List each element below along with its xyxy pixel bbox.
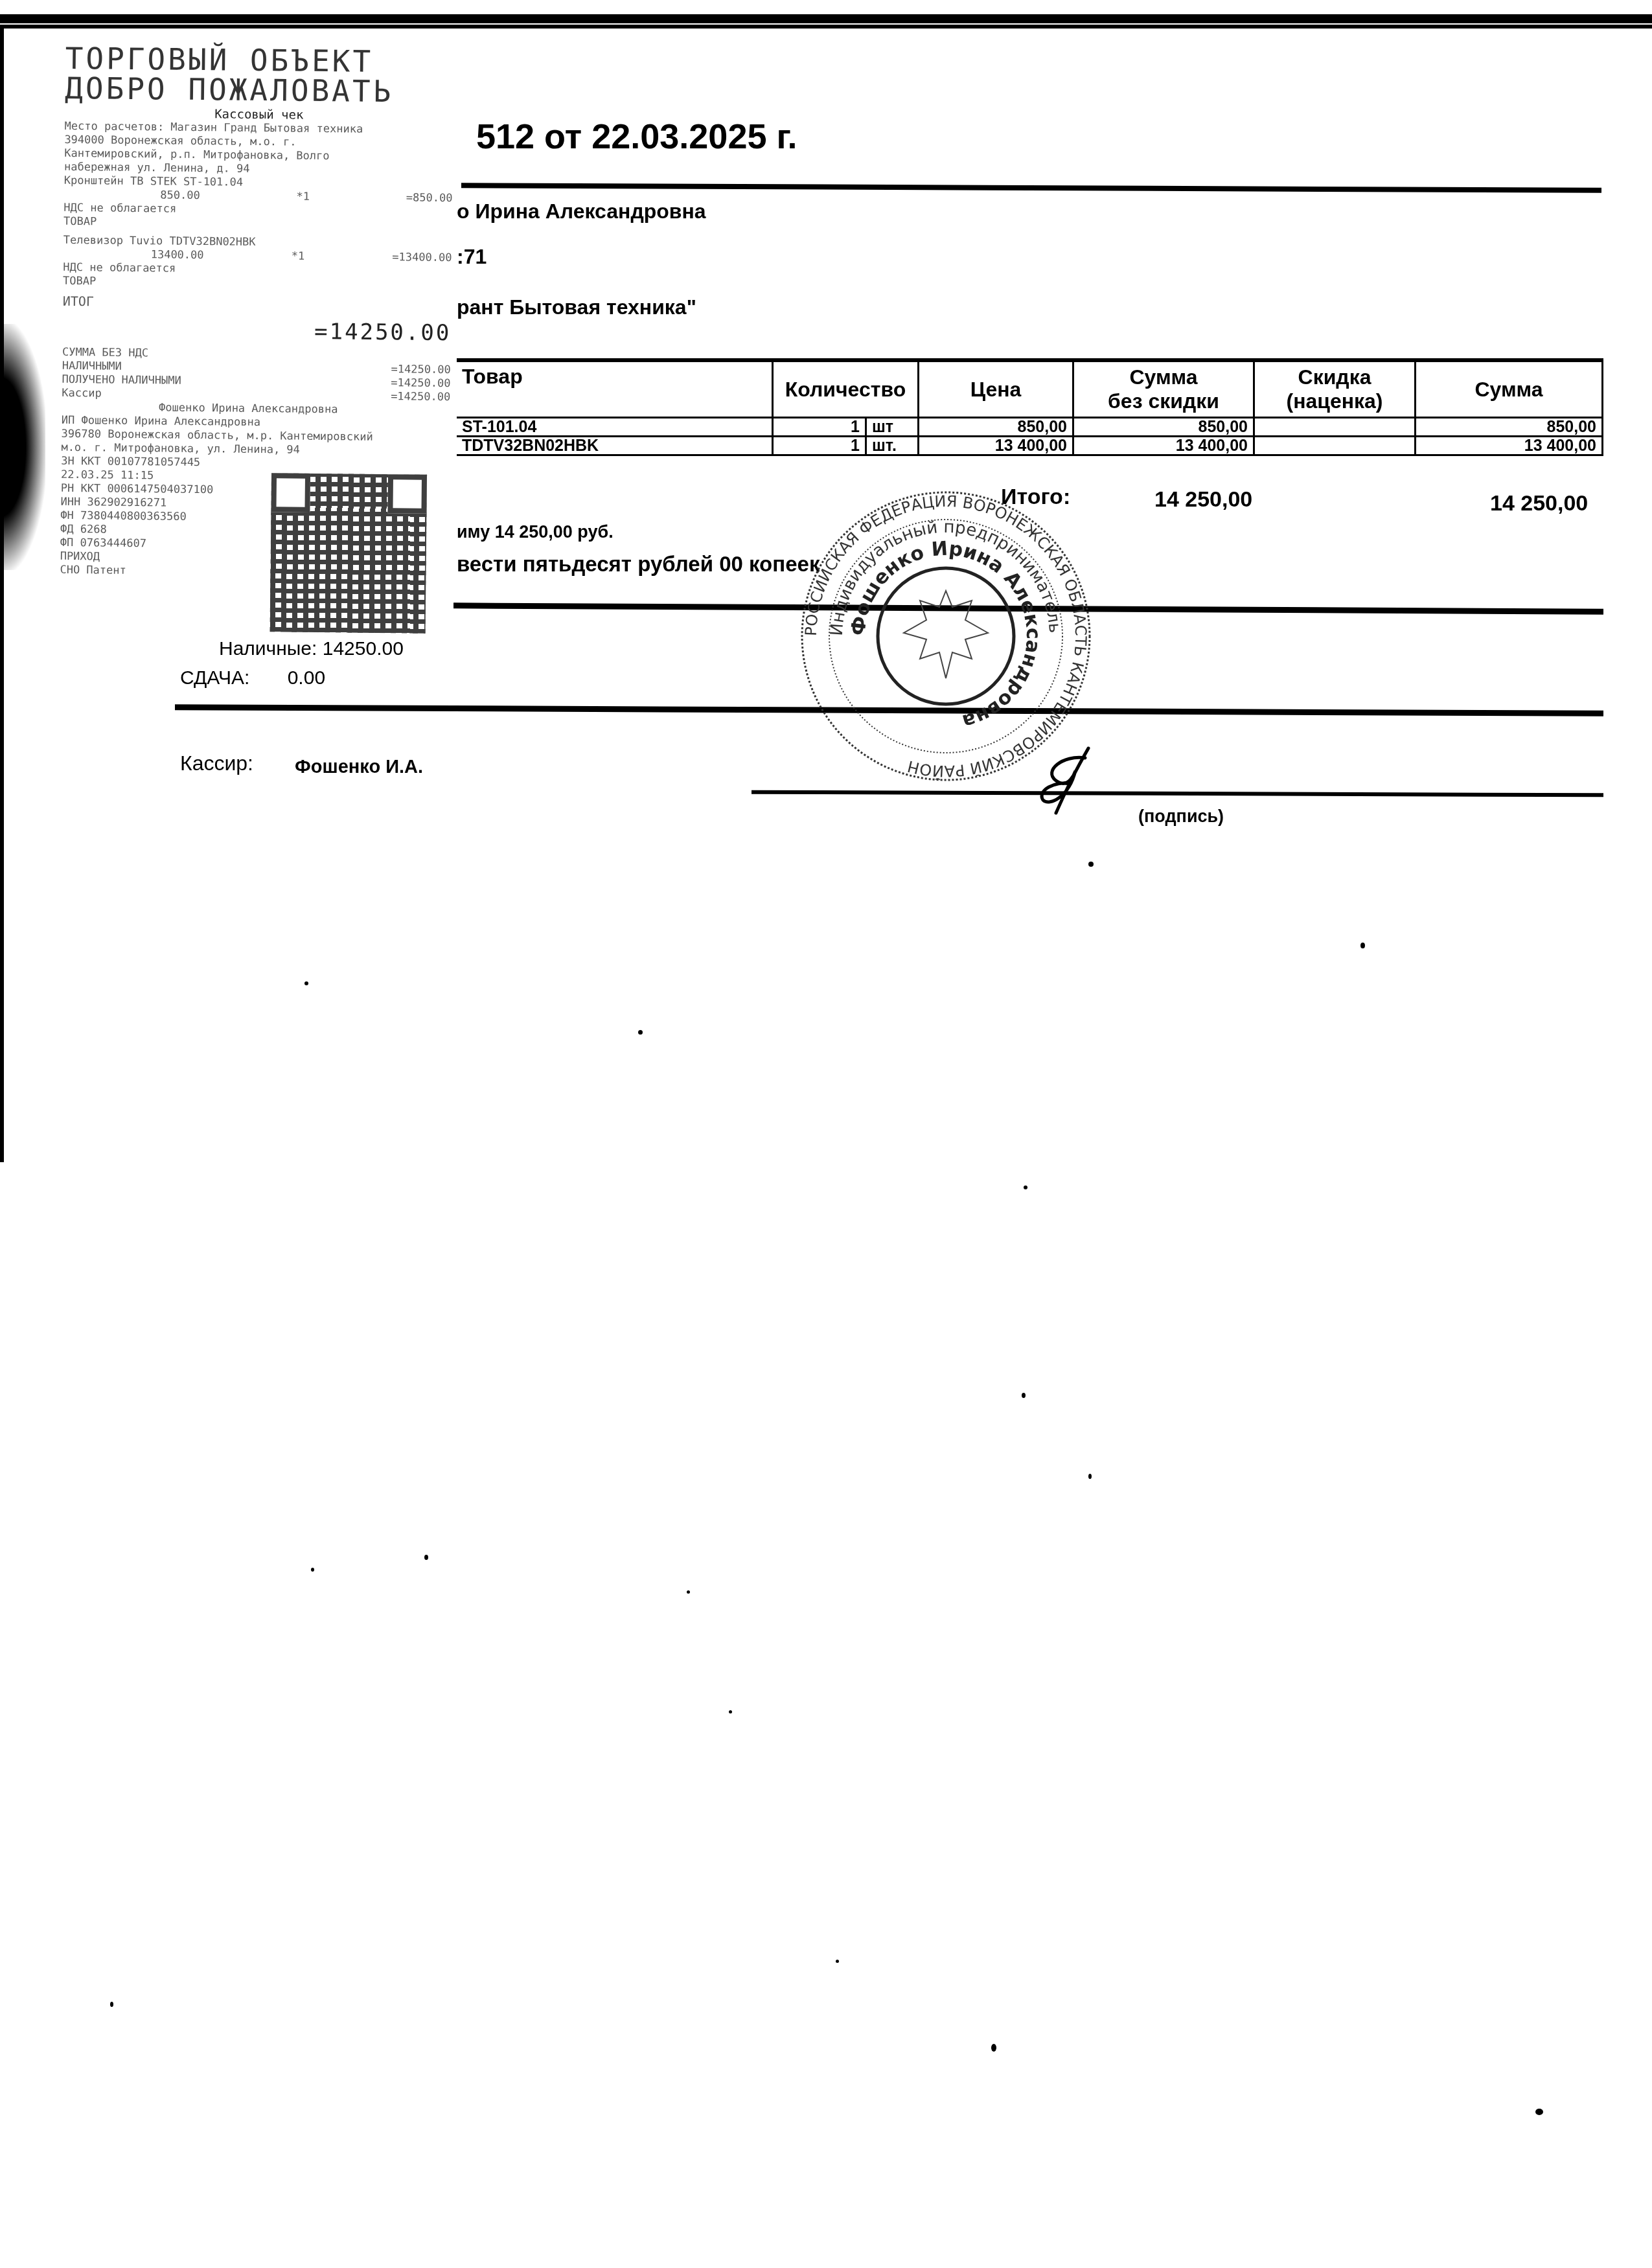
total-no-discount: 14 250,00 [1154, 487, 1252, 512]
signature-rule [751, 790, 1603, 797]
table-row: TDTV32BN02HBK 1 шт. 13 400,00 13 400,00 … [457, 437, 1603, 455]
col-discount: Скидка(наценка) [1254, 360, 1416, 418]
scan-speck [1088, 1474, 1092, 1479]
scan-speck [311, 1568, 314, 1572]
scan-speck [1022, 1393, 1026, 1398]
scan-edge-left [0, 29, 4, 1162]
total-sum: 14 250,00 [1490, 491, 1588, 516]
cash-paid: Наличные: 14250.00 [219, 638, 404, 660]
scan-smudge [0, 324, 45, 570]
seller-name: о Ирина Александровна [457, 200, 706, 223]
receipt-total-value: =14250.00 [62, 316, 451, 346]
scan-speck [638, 1030, 643, 1035]
receipt-item: Кронштейн ТВ STEK ST-101.04 850.00*1=850… [63, 174, 453, 233]
col-sum-no-discount: Суммабез скидки [1073, 360, 1254, 418]
scan-speck [1535, 2109, 1543, 2115]
receipt-total-label: ИТОГ [63, 295, 452, 312]
goods-table: Товар Количество Цена Суммабез скидки Ск… [457, 358, 1603, 456]
scan-speck [729, 1710, 732, 1713]
sum-in-digits: иму 14 250,00 руб. [457, 522, 614, 542]
scan-speck [991, 2044, 996, 2052]
receipt-qr-code [270, 473, 427, 633]
receipt-seller: ИП Фошенко Ирина Александровна 396780 Во… [61, 414, 450, 459]
change: СДАЧА: 0.00 [180, 667, 325, 689]
scan-speck [304, 981, 308, 985]
title-rule [461, 183, 1601, 193]
scan-edge-top [0, 14, 1652, 23]
signature-icon [1030, 745, 1101, 816]
invoice-title: 512 от 22.03.2025 г. [476, 117, 797, 157]
col-sum: Сумма [1416, 360, 1603, 418]
scan-speck [110, 2002, 113, 2007]
scan-speck [1024, 1186, 1027, 1189]
signature-caption: (подпись) [1138, 807, 1224, 827]
receipt-header-line2: ДОБРО ПОЖАЛОВАТЬ [65, 73, 453, 107]
scan-speck [687, 1590, 690, 1594]
scan-speck [1360, 943, 1365, 948]
store-name: рант Бытовая техника" [457, 295, 696, 319]
cashier-label: Кассир: [180, 751, 253, 775]
scan-speck [424, 1555, 428, 1560]
table-row: ST-101.04 1 шт 850,00 850,00 850,00 [457, 418, 1603, 437]
receipt-item: Телевизор Tuvio TDTV32BN02HBK 13400.00*1… [63, 234, 452, 292]
col-price: Цена [919, 360, 1073, 418]
table-header: Товар Количество Цена Суммабез скидки Ск… [457, 360, 1603, 418]
scan-speck [836, 1960, 839, 1963]
cashier-name: Фошенко И.А. [295, 757, 423, 778]
sum-in-words: вести пятьдесят рублей 00 копеек [457, 552, 820, 577]
seller-inn: :71 [457, 245, 487, 269]
cash-receipt: ТОРГОВЫЙ ОБЪЕКТ ДОБРО ПОЖАЛОВАТЬ Кассовы… [59, 43, 454, 663]
seal-stamp-icon: РОССИЙСКАЯ ФЕДЕРАЦИЯ ВОРОНЕЖСКАЯ ОБЛАСТЬ… [797, 487, 1095, 785]
receipt-fiscal-data: ЗН ККТ 00107781057445 22.03.25 11:15 РН … [60, 455, 268, 579]
col-qty: Количество [773, 360, 919, 418]
receipt-address: Место расчетов: Магазин Гранд Бытовая те… [64, 120, 453, 178]
receipt-summary: СУММА БЕЗ НДС НАЛИЧНЫМИ=14250.00 ПОЛУЧЕН… [62, 346, 451, 404]
scan-edge-top-inner [0, 25, 1652, 29]
scan-speck [1088, 862, 1094, 867]
col-goods: Товар [457, 360, 773, 418]
